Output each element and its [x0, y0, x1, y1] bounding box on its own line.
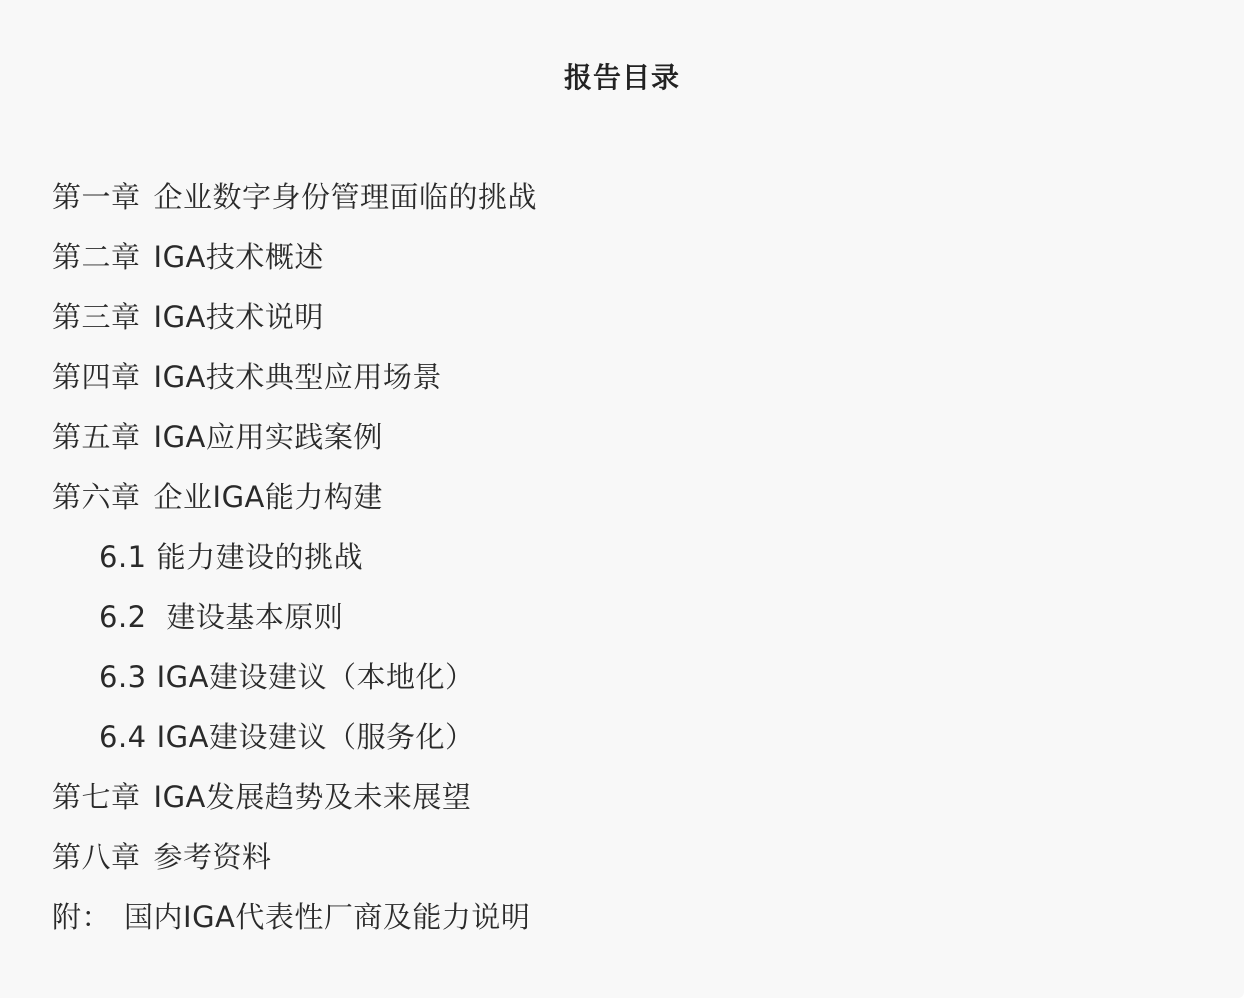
toc-item-number: 第二章: [52, 240, 141, 274]
toc-item-section-6-4: 6.4IGA建设建议（服务化）: [52, 716, 537, 776]
toc-item-number: 6.2: [99, 600, 147, 634]
toc-item-section-6-3: 6.3IGA建设建议（本地化）: [52, 656, 537, 716]
toc-item-number: 第七章: [52, 780, 141, 814]
page-title: 报告目录: [0, 58, 1244, 98]
toc-item-chapter-1: 第一章企业数字身份管理面临的挑战: [52, 176, 537, 236]
toc-item-chapter-7: 第七章IGA发展趋势及未来展望: [52, 776, 537, 836]
toc-item-section-6-1: 6.1能力建设的挑战: [52, 536, 537, 596]
toc-item-number: 6.1: [99, 540, 147, 574]
toc-item-chapter-8: 第八章参考资料: [52, 836, 537, 896]
toc-item-number: 第四章: [52, 360, 141, 394]
toc-item-label: 国内IGA代表性厂商及能力说明: [124, 900, 530, 934]
toc-item-label: IGA应用实践案例: [154, 420, 383, 454]
toc-item-chapter-3: 第三章IGA技术说明: [52, 296, 537, 356]
toc-item-number: 第八章: [52, 840, 141, 874]
toc-item-number: 第五章: [52, 420, 141, 454]
toc-item-label: 企业IGA能力构建: [154, 480, 383, 514]
toc-item-section-6-2: 6.2 建设基本原则: [52, 596, 537, 656]
toc-item-number: 第三章: [52, 300, 141, 334]
toc-item-appendix: 附：国内IGA代表性厂商及能力说明: [52, 896, 537, 956]
toc-item-number: 第六章: [52, 480, 141, 514]
toc-item-chapter-2: 第二章IGA技术概述: [52, 236, 537, 296]
document-page: 报告目录 第一章企业数字身份管理面临的挑战 第二章IGA技术概述 第三章IGA技…: [0, 0, 1244, 998]
table-of-contents: 第一章企业数字身份管理面临的挑战 第二章IGA技术概述 第三章IGA技术说明 第…: [52, 176, 537, 956]
toc-item-label: 参考资料: [154, 840, 272, 874]
toc-item-label: IGA技术典型应用场景: [154, 360, 442, 394]
toc-item-chapter-6: 第六章企业IGA能力构建: [52, 476, 537, 536]
toc-item-label: 企业数字身份管理面临的挑战: [154, 180, 538, 214]
toc-item-label: IGA技术说明: [154, 300, 324, 334]
toc-item-number: 6.3: [99, 660, 147, 694]
toc-item-label: IGA建设建议（本地化）: [157, 660, 475, 694]
toc-item-label: IGA发展趋势及未来展望: [154, 780, 472, 814]
toc-item-label: IGA建设建议（服务化）: [157, 720, 475, 754]
toc-item-label: IGA技术概述: [154, 240, 324, 274]
toc-item-number: 附：: [52, 900, 111, 934]
toc-item-number: 第一章: [52, 180, 141, 214]
toc-item-chapter-5: 第五章IGA应用实践案例: [52, 416, 537, 476]
toc-item-label: 建设基本原则: [157, 600, 344, 634]
toc-item-number: 6.4: [99, 720, 147, 754]
toc-item-chapter-4: 第四章IGA技术典型应用场景: [52, 356, 537, 416]
toc-item-label: 能力建设的挑战: [157, 540, 364, 574]
